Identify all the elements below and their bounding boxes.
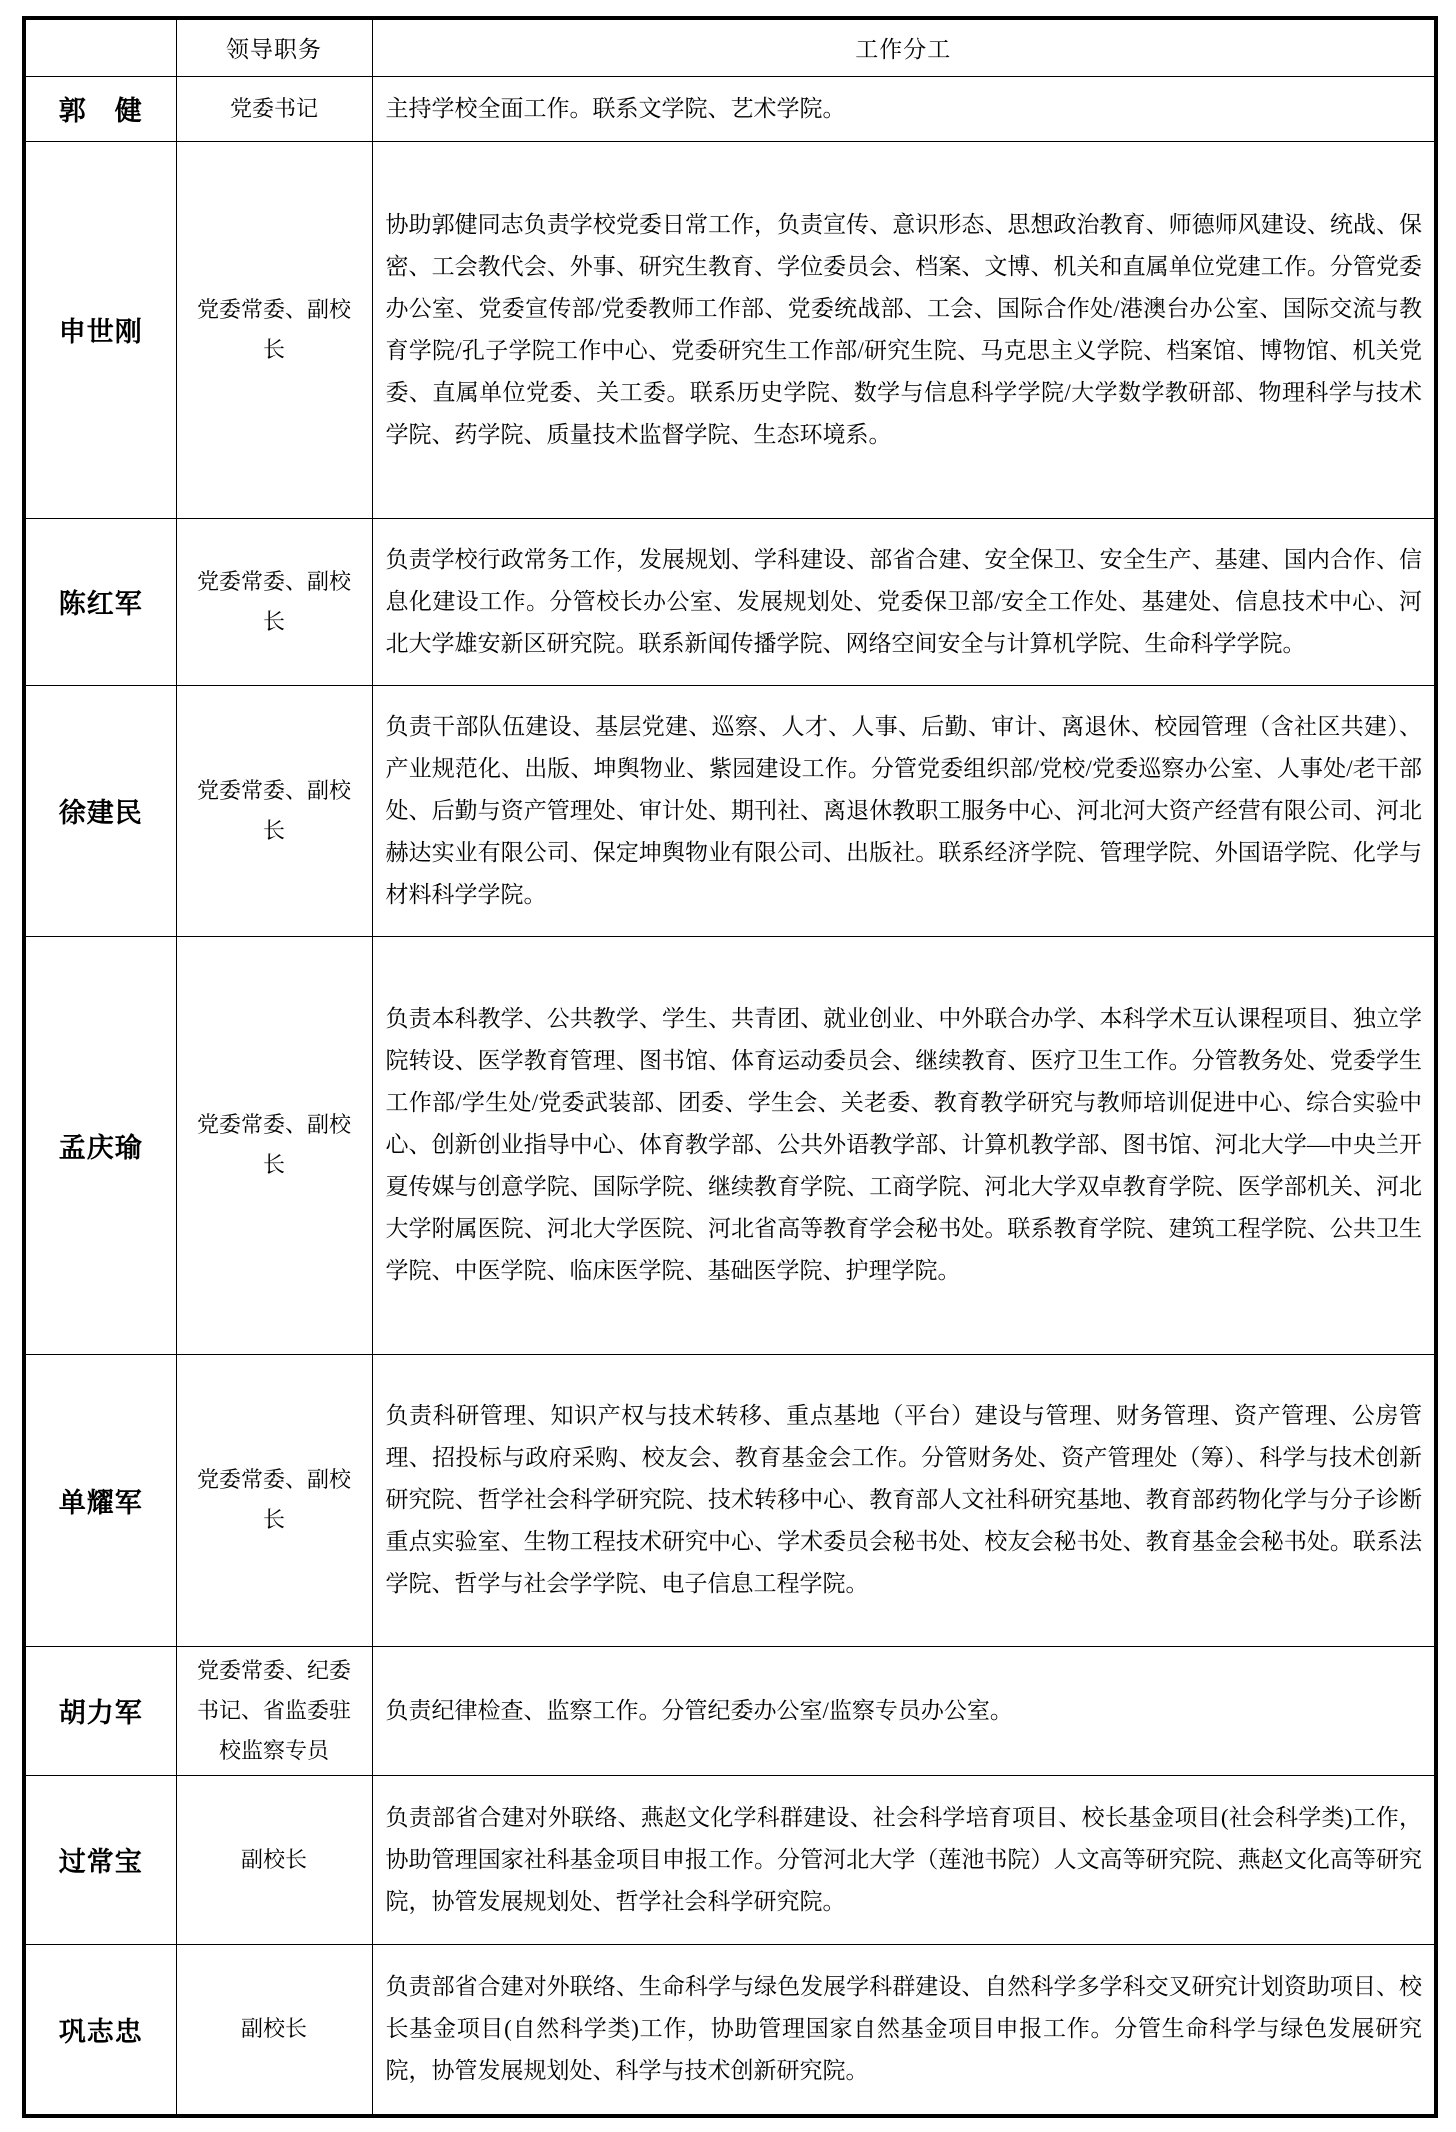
leadership-duty-table: 领导职务 工作分工 郭 健 党委书记 主持学校全面工作。联系文学院、艺术学院。 …: [22, 16, 1438, 2118]
header-title: 领导职务: [176, 18, 372, 76]
leader-duties: 负责科研管理、知识产权与技术转移、重点基地（平台）建设与管理、财务管理、资产管理…: [372, 1354, 1436, 1646]
leader-title: 党委常委、副校长: [176, 1354, 372, 1646]
leader-name: 过常宝: [24, 1775, 176, 1944]
leader-title: 党委常委、副校长: [176, 685, 372, 936]
table-row: 胡力军 党委常委、纪委书记、省监委驻校监察专员 负责纪律检查、监察工作。分管纪委…: [24, 1646, 1436, 1775]
leader-duties: 协助郭健同志负责学校党委日常工作，负责宣传、意识形态、思想政治教育、师德师风建设…: [372, 141, 1436, 518]
header-row: 领导职务 工作分工: [24, 18, 1436, 76]
header-duty: 工作分工: [372, 18, 1436, 76]
leader-title: 党委常委、副校长: [176, 141, 372, 518]
leader-name: 胡力军: [24, 1646, 176, 1775]
table-row: 孟庆瑜 党委常委、副校长 负责本科教学、公共教学、学生、共青团、就业创业、中外联…: [24, 936, 1436, 1354]
table-row: 过常宝 副校长 负责部省合建对外联络、燕赵文化学科群建设、社会科学培育项目、校长…: [24, 1775, 1436, 1944]
header-name: [24, 18, 176, 76]
document-page: 领导职务 工作分工 郭 健 党委书记 主持学校全面工作。联系文学院、艺术学院。 …: [0, 0, 1456, 2132]
table-row: 郭 健 党委书记 主持学校全面工作。联系文学院、艺术学院。: [24, 76, 1436, 141]
leader-title: 党委常委、副校长: [176, 518, 372, 685]
table-row: 单耀军 党委常委、副校长 负责科研管理、知识产权与技术转移、重点基地（平台）建设…: [24, 1354, 1436, 1646]
leader-title: 党委常委、纪委书记、省监委驻校监察专员: [176, 1646, 372, 1775]
leader-name: 徐建民: [24, 685, 176, 936]
table-row: 陈红军 党委常委、副校长 负责学校行政常务工作，发展规划、学科建设、部省合建、安…: [24, 518, 1436, 685]
leader-duties: 主持学校全面工作。联系文学院、艺术学院。: [372, 76, 1436, 141]
table-row: 巩志忠 副校长 负责部省合建对外联络、生命科学与绿色发展学科群建设、自然科学多学…: [24, 1944, 1436, 2116]
leader-title: 党委常委、副校长: [176, 936, 372, 1354]
leader-name: 孟庆瑜: [24, 936, 176, 1354]
table-row: 申世刚 党委常委、副校长 协助郭健同志负责学校党委日常工作，负责宣传、意识形态、…: [24, 141, 1436, 518]
leader-duties: 负责纪律检查、监察工作。分管纪委办公室/监察专员办公室。: [372, 1646, 1436, 1775]
table-row: 徐建民 党委常委、副校长 负责干部队伍建设、基层党建、巡察、人才、人事、后勤、审…: [24, 685, 1436, 936]
leader-title: 副校长: [176, 1775, 372, 1944]
leader-duties: 负责干部队伍建设、基层党建、巡察、人才、人事、后勤、审计、离退休、校园管理（含社…: [372, 685, 1436, 936]
leader-title: 党委书记: [176, 76, 372, 141]
leader-name: 陈红军: [24, 518, 176, 685]
leader-duties: 负责部省合建对外联络、燕赵文化学科群建设、社会科学培育项目、校长基金项目(社会科…: [372, 1775, 1436, 1944]
leader-title: 副校长: [176, 1944, 372, 2116]
leader-name: 郭 健: [24, 76, 176, 141]
leader-name: 巩志忠: [24, 1944, 176, 2116]
leader-name: 单耀军: [24, 1354, 176, 1646]
leader-duties: 负责本科教学、公共教学、学生、共青团、就业创业、中外联合办学、本科学术互认课程项…: [372, 936, 1436, 1354]
leader-duties: 负责部省合建对外联络、生命科学与绿色发展学科群建设、自然科学多学科交叉研究计划资…: [372, 1944, 1436, 2116]
leader-name: 申世刚: [24, 141, 176, 518]
leader-duties: 负责学校行政常务工作，发展规划、学科建设、部省合建、安全保卫、安全生产、基建、国…: [372, 518, 1436, 685]
